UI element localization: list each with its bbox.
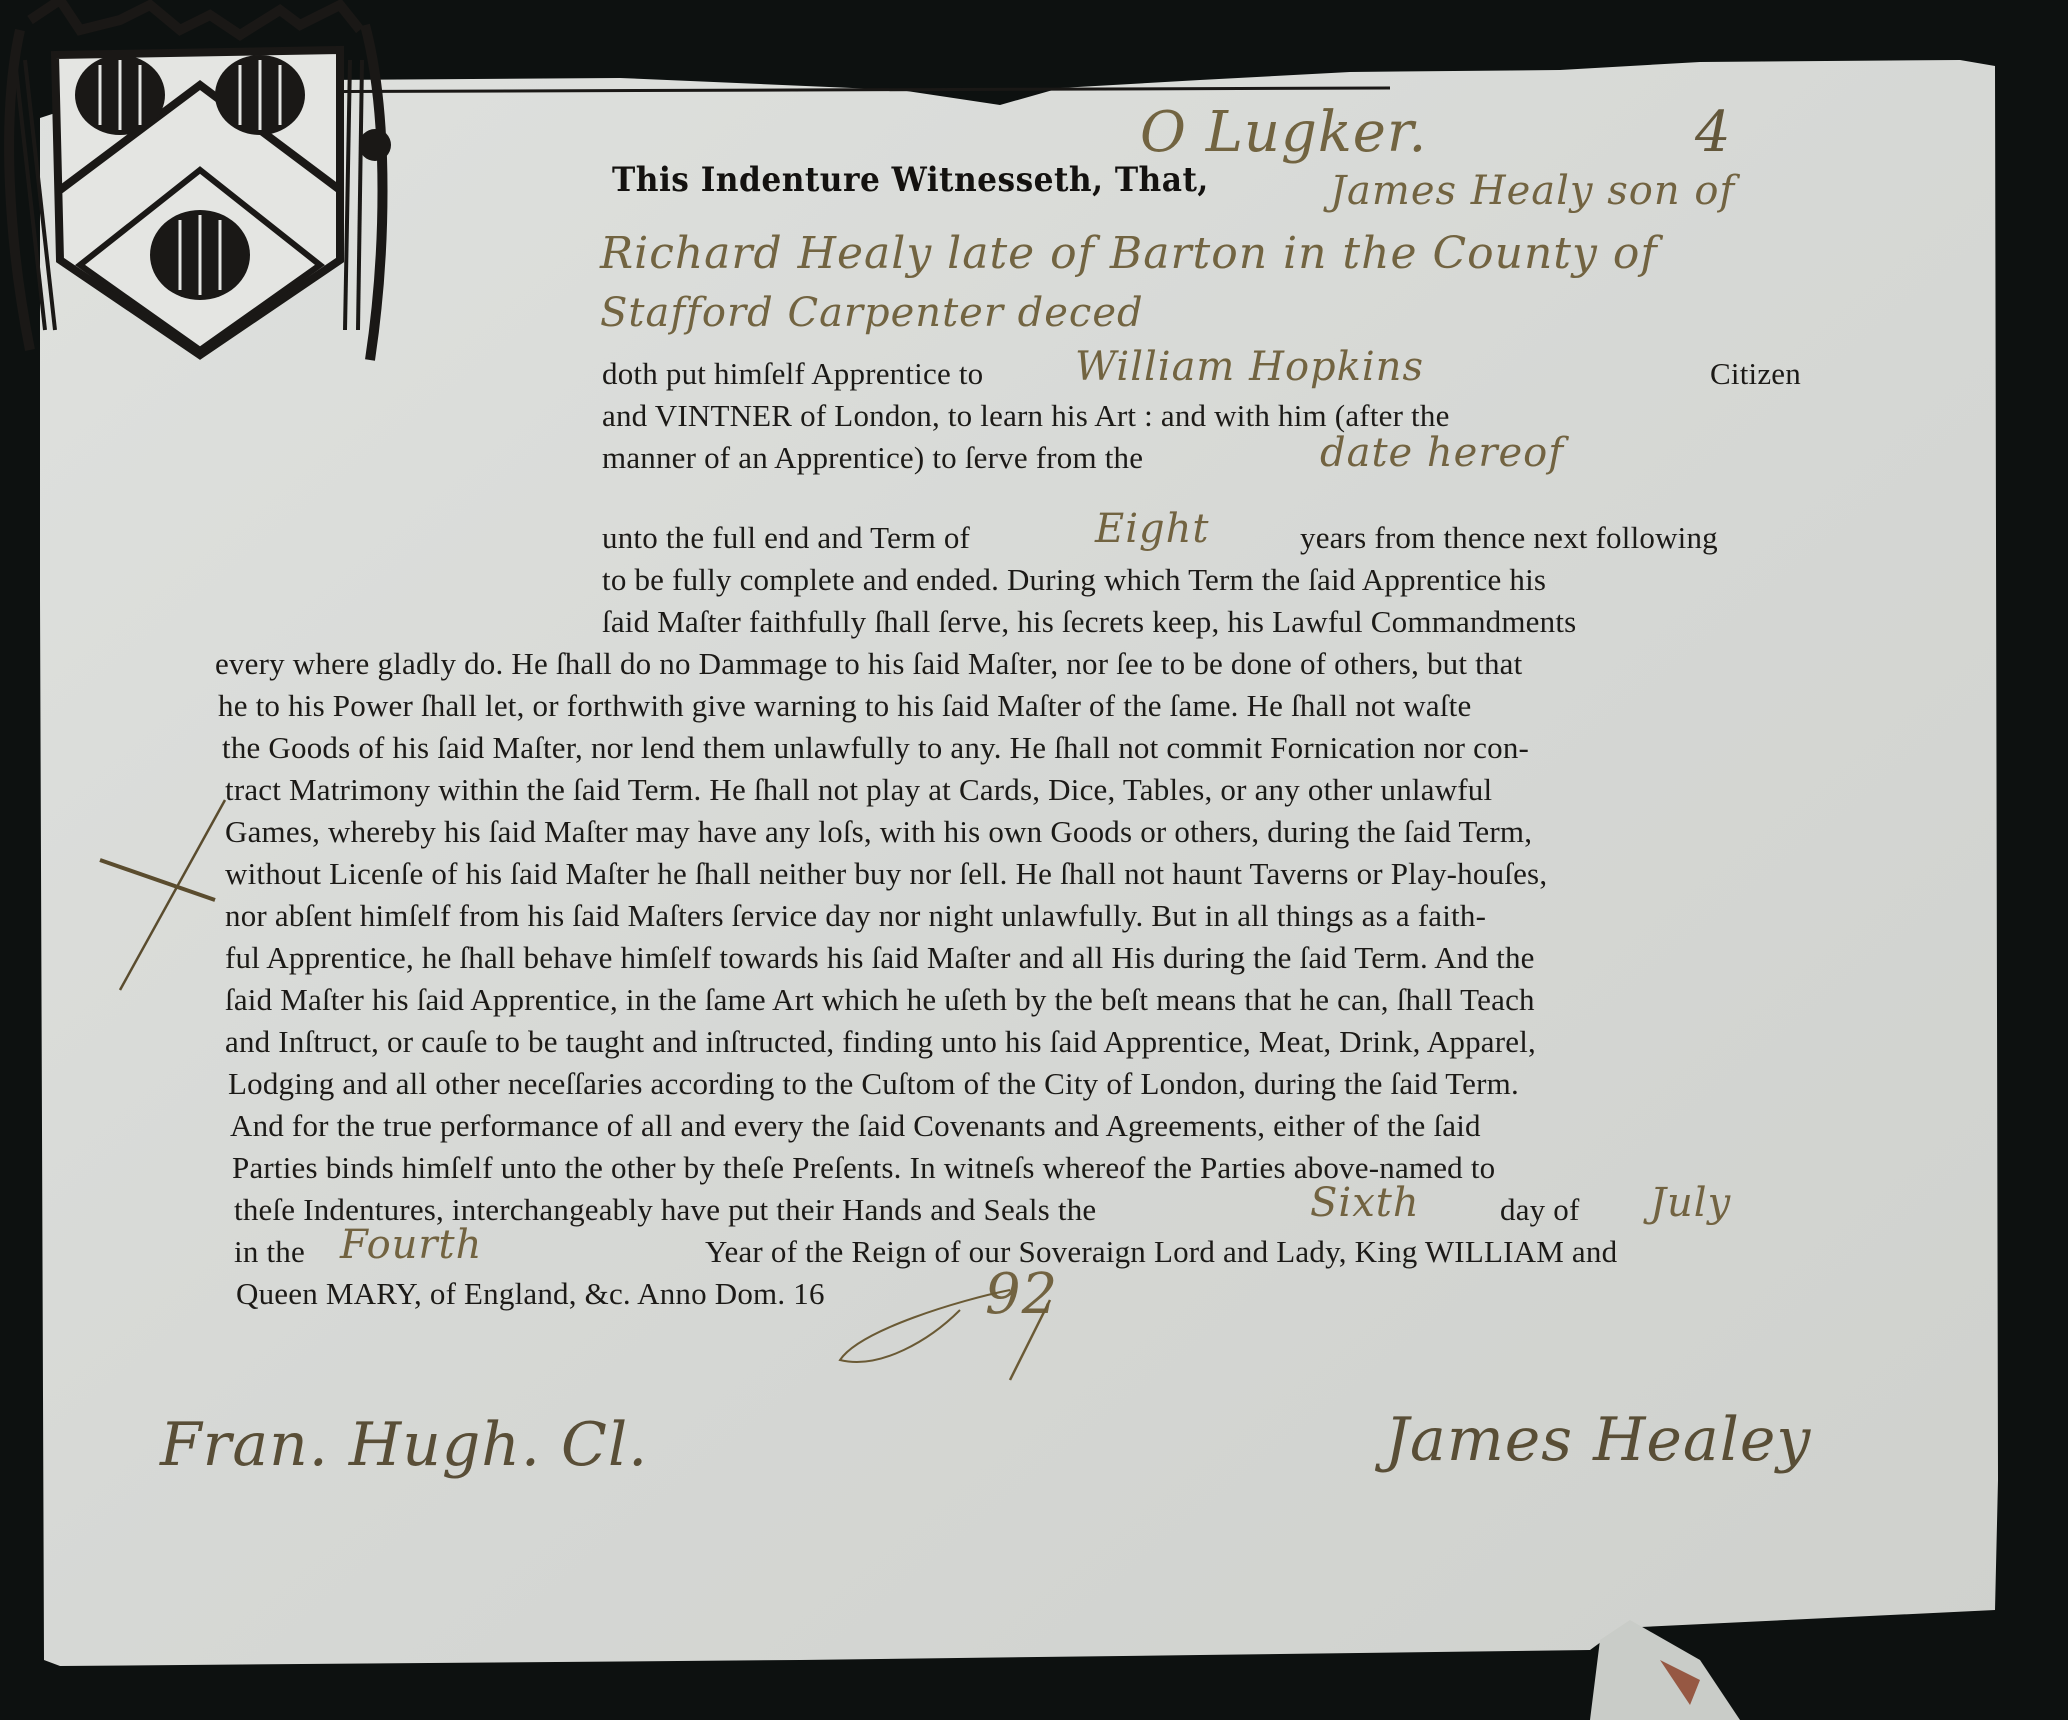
printed-line-1: doth put himſelf Apprentice to [602, 356, 983, 392]
printed-line-7: every where gladly do. He ſhall do no Da… [215, 646, 1522, 682]
signature-apprentice: James Healey [1385, 1405, 1811, 1475]
handwritten-year: 92 [985, 1262, 1058, 1327]
printed-line-4: unto the full end and Term of [602, 520, 970, 556]
printed-line-11: Games, whereby his ſaid Maſter may have … [225, 814, 1532, 850]
handwritten-serve-from: date hereof [1320, 430, 1564, 476]
printed-line-17: Lodging and all other neceſſaries accord… [228, 1066, 1519, 1102]
handwritten-note-top: O Lugker. [1140, 100, 1427, 165]
printed-line-16: and Inſtruct, or cauſe to be taught and … [225, 1024, 1536, 1060]
handwritten-day: Sixth [1310, 1180, 1420, 1226]
printed-line-2: and VINTNER of London, to learn his Art … [602, 398, 1450, 434]
printed-line-9: the Goods of his ſaid Maſter, nor lend t… [222, 730, 1529, 766]
printed-line-15: ſaid Maſter his ſaid Apprentice, in the … [225, 982, 1535, 1018]
printed-line-12: without Licenſe of his ſaid Maſter he ſh… [225, 856, 1547, 892]
vintners-crest-icon [0, 0, 395, 380]
handwritten-county-line: Stafford Carpenter deced [600, 290, 1144, 336]
signature-witness: Fran. Hugh. Cl. [160, 1410, 648, 1480]
printed-reign: Year of the Reign of our Soveraign Lord … [705, 1234, 1617, 1270]
handwritten-apprentice-name: James Healy son of [1330, 168, 1735, 214]
printed-line-14: ful Apprentice, he ſhall behave himſelf … [225, 940, 1535, 976]
printed-line-21: in the [234, 1234, 305, 1270]
printed-line-5: to be fully complete and ended. During w… [602, 562, 1546, 598]
document-sheet: This Indenture Witnesseth, That, O Lugke… [0, 0, 2068, 1720]
printed-citizen: Citizen [1710, 356, 1801, 392]
printed-years-following: years from thence next following [1300, 520, 1718, 556]
handwritten-regnal-year: Fourth [340, 1222, 482, 1268]
printed-day-of: day of [1500, 1192, 1580, 1228]
handwritten-father-line: Richard Healy late of Barton in the Coun… [600, 228, 1658, 279]
printed-line-6: ſaid Maſter faithfully ſhall ſerve, his … [602, 604, 1576, 640]
printed-line-18: And for the true performance of all and … [230, 1108, 1481, 1144]
printed-line-19: Parties binds himſelf unto the other by … [232, 1150, 1495, 1186]
handwritten-master-name: William Hopkins [1075, 344, 1424, 390]
printed-line-13: nor abſent himſelf from his ſaid Maſters… [225, 898, 1486, 934]
handwritten-corner-number: 4 [1695, 100, 1732, 165]
printed-line-10: tract Matrimony within the ſaid Term. He… [225, 772, 1492, 808]
printed-line-8: he to his Power ſhall let, or forthwith … [218, 688, 1471, 724]
handwritten-term-years: Eight [1095, 506, 1209, 552]
printed-line-22: Queen MARY, of England, &c. Anno Dom. 16 [236, 1276, 825, 1312]
printed-line-3: manner of an Apprentice) to ſerve from t… [602, 440, 1143, 476]
handwritten-month: July [1650, 1180, 1731, 1226]
indenture-heading: This Indenture Witnesseth, That, [612, 160, 1209, 200]
